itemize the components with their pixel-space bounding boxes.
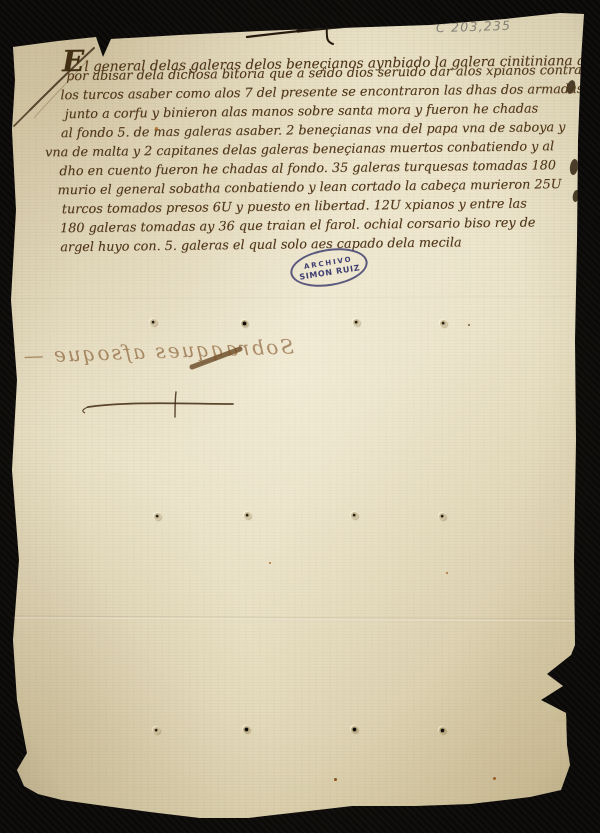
reference-number: C 203,235 (436, 18, 512, 36)
paraph-cross-mark (83, 392, 233, 417)
fox-spot (493, 777, 496, 780)
pinhole (244, 512, 251, 519)
pinhole (353, 319, 360, 326)
ink-show-through-signature: Sobraqques afsoque — (32, 336, 295, 365)
pinhole (154, 513, 161, 520)
pinhole (153, 727, 160, 734)
fold-crease-faint (10, 296, 570, 301)
manuscript-line: vna de malta y 2 capitanes delas galeras… (45, 139, 554, 161)
fox-spot (269, 562, 271, 564)
pinhole (243, 726, 250, 733)
pinhole (439, 513, 446, 520)
manuscript-line: junto a corfu y binieron alas manos sobr… (65, 101, 539, 122)
manuscript-line: murio el general sobatha conbatiendo y l… (58, 177, 562, 198)
pinhole (351, 512, 358, 519)
pencil-annotation-left: 147 (52, 17, 72, 27)
manuscript-line: dho en cuento fueron he chadas al fondo.… (59, 158, 556, 179)
torn-edge-flap (543, 698, 569, 724)
pinhole (351, 726, 358, 733)
pinhole (241, 320, 248, 327)
fox-spot (446, 572, 448, 574)
fox-spot (155, 127, 158, 130)
ink-blots (565, 79, 580, 202)
fold-crease (8, 616, 578, 623)
pinhole (440, 320, 447, 327)
header-cross-mark (247, 13, 400, 44)
manuscript-paper: 147 C 505 368 C 203,235 El general delas… (0, 0, 600, 833)
manuscript-line: al fondo 5. de mas galeras asaber. 2 ben… (61, 120, 566, 142)
manuscript-text-block: El general delas galeras delos beneçiano… (0, 0, 599, 1)
pinhole (439, 727, 446, 734)
manuscript-line: 180 galeras tomadas ay 36 que traian el … (60, 215, 536, 236)
manuscript-line: argel huyo con. 5. galeras el qual solo … (60, 235, 461, 255)
fox-spot (468, 324, 470, 326)
pinhole (150, 319, 157, 326)
manuscript-line: los turcos asaber como alos 7 del presen… (60, 82, 583, 104)
pencil-annotation-center: C 505 368 (150, 23, 214, 33)
manuscript-line: turcos tomados presos 6U y puesto en lib… (62, 197, 527, 218)
fox-spot (334, 778, 337, 781)
scan-background: 147 C 505 368 C 203,235 El general delas… (0, 0, 600, 833)
